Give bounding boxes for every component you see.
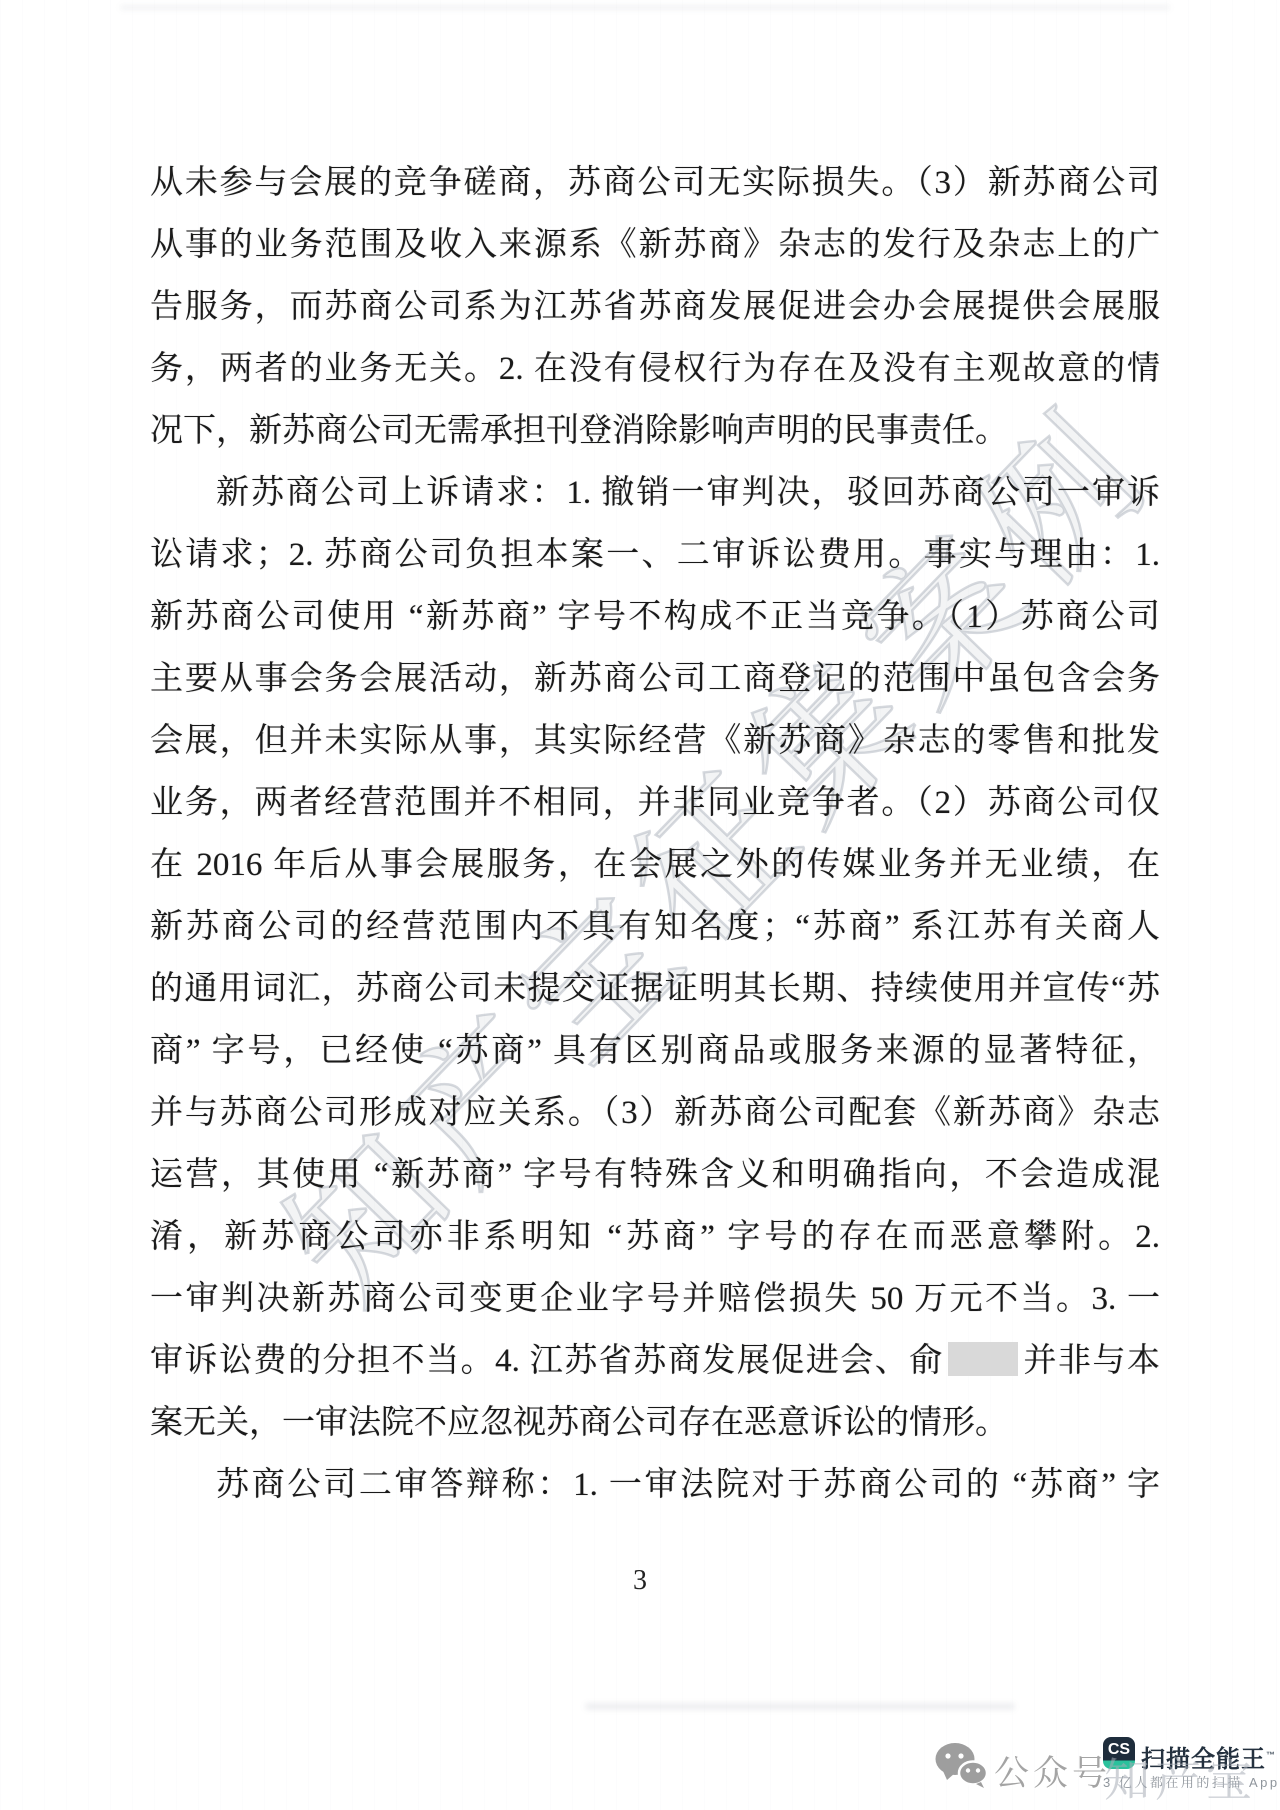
camscanner-name-text: 扫描全能王	[1141, 1746, 1266, 1773]
text-line: 运营，其使用 “新苏商” 字号有特殊含义和明确指向，不会造成混	[150, 1144, 1160, 1206]
text-line: 新苏商公司使用 “新苏商” 字号不构成不正当竞争。（1）苏商公司	[150, 586, 1160, 648]
camscanner-logo-letters: CS	[1108, 1741, 1130, 1759]
wechat-official-account-label: 公众号	[994, 1746, 1111, 1796]
trademark-symbol: ™	[1266, 1750, 1276, 1760]
text-line: 审诉讼费的分担不当。4. 江苏省苏商发展促进会、俞并非与本	[150, 1330, 1160, 1392]
text-line: 讼请求；2. 苏商公司负担本案一、二审诉讼费用。事实与理由：1.	[150, 524, 1160, 586]
scan-noise-top	[120, 5, 1170, 10]
document-body: 从未参与会展的竞争磋商，苏商公司无实际损失。（3）新苏商公司从事的业务范围及收入…	[150, 152, 1160, 1516]
text-line: 新苏商公司上诉请求：1. 撤销一审判决，驳回苏商公司一审诉	[150, 462, 1160, 524]
text-line: 一审判决新苏商公司变更企业字号并赔偿损失 50 万元不当。3. 一	[150, 1268, 1160, 1330]
text-line: 况下，新苏商公司无需承担刊登消除影响声明的民事责任。	[150, 400, 1160, 462]
text-line: 会展，但并未实际从事，其实际经营《新苏商》杂志的零售和批发	[150, 710, 1160, 772]
text-line: 务，两者的业务无关。2. 在没有侵权行为存在及没有主观故意的情	[150, 338, 1160, 400]
camscanner-logo-icon: CS	[1103, 1737, 1135, 1769]
text-line: 从事的业务范围及收入来源系《新苏商》杂志的发行及杂志上的广	[150, 214, 1160, 276]
text-line: 从未参与会展的竞争磋商，苏商公司无实际损失。（3）新苏商公司	[150, 152, 1160, 214]
scanner-footer: 公众号 知产宝 CS 扫描全能王™ 3 亿人都在用的扫描 App	[0, 1730, 1280, 1810]
text-line: 主要从事会务会展活动，新苏商公司工商登记的范围中虽包含会务	[150, 648, 1160, 710]
text-line: 业务，两者经营范围并不相同，并非同业竞争者。（2）苏商公司仅	[150, 772, 1160, 834]
wechat-icon	[934, 1742, 988, 1788]
scan-noise-footer	[585, 1703, 1015, 1710]
text-line: 的通用词汇，苏商公司未提交证据证明其长期、持续使用并宣传“苏	[150, 958, 1160, 1020]
redaction-box	[948, 1342, 1018, 1376]
camscanner-tagline: 3 亿人都在用的扫描 App	[1103, 1772, 1280, 1791]
text-line: 并与苏商公司形成对应关系。（3）新苏商公司配套《新苏商》杂志	[150, 1082, 1160, 1144]
text-line: 苏商公司二审答辩称：1. 一审法院对于苏商公司的 “苏商” 字	[150, 1454, 1160, 1516]
scanned-document-page: 知产宝征集案例 从未参与会展的竞争磋商，苏商公司无实际损失。（3）新苏商公司从事…	[0, 0, 1280, 1810]
text-line: 新苏商公司的经营范围内不具有知名度；“苏商” 系江苏有关商人	[150, 896, 1160, 958]
camscanner-name: 扫描全能王™	[1141, 1739, 1276, 1774]
text-line: 在 2016 年后从事会展服务，在会展之外的传媒业务并无业绩，在	[150, 834, 1160, 896]
page-number: 3	[0, 1565, 1280, 1597]
text-line: 案无关，一审法院不应忽视苏商公司存在恶意诉讼的情形。	[150, 1392, 1160, 1454]
text-line: 淆，新苏商公司亦非系明知 “苏商” 字号的存在而恶意攀附。2.	[150, 1206, 1160, 1268]
text-line: 告服务，而苏商公司系为江苏省苏商发展促进会办会展提供会展服	[150, 276, 1160, 338]
text-line: 商” 字号，已经使 “苏商” 具有区别商品或服务来源的显著特征，	[150, 1020, 1160, 1082]
